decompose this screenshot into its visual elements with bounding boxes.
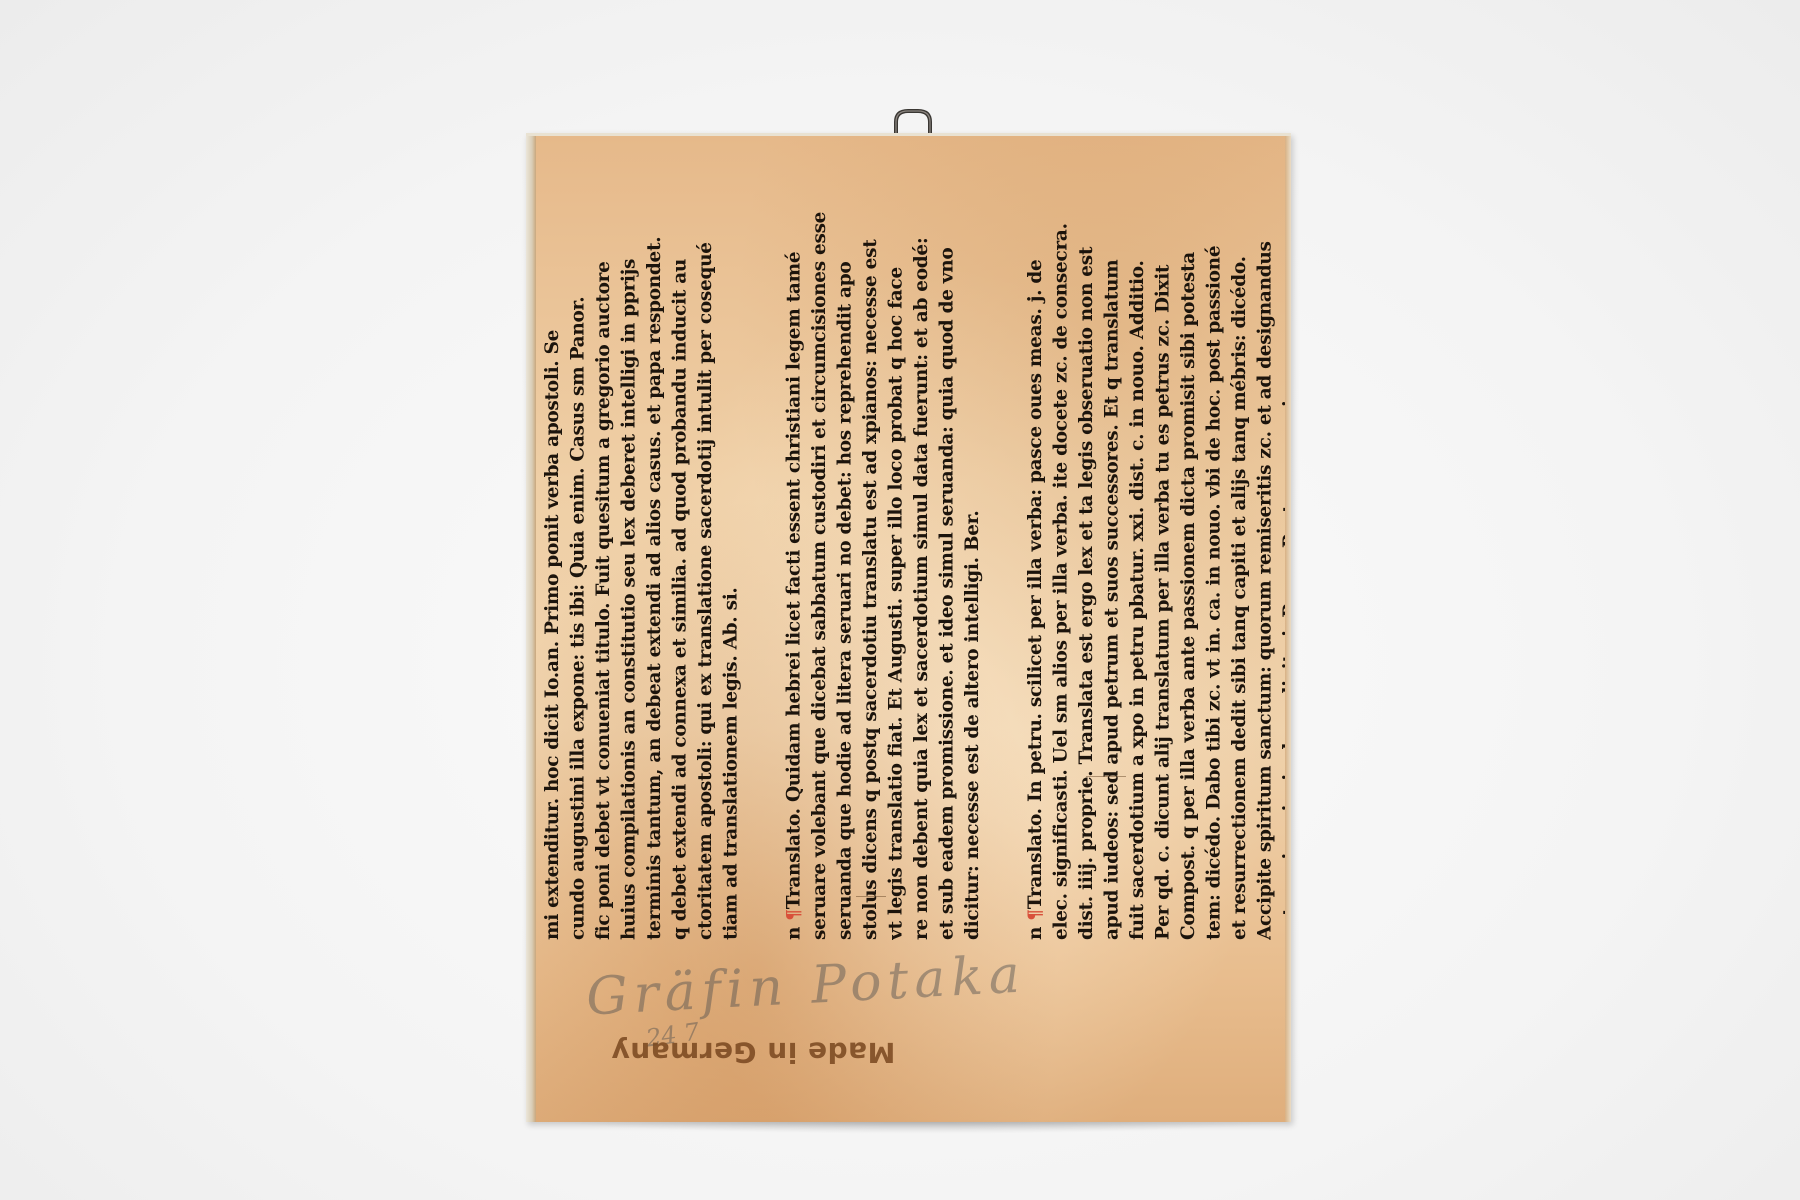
text-line: fic poni debet vt conueniat titulo. Fuit… xyxy=(591,144,617,940)
text-line: fuit sacerdotium a xpo in petru pbatur. … xyxy=(1125,144,1151,940)
paper-tear xyxy=(1086,776,1126,785)
text-line: et sub eadem promissione. et ideo simul … xyxy=(935,144,961,940)
text-line: n ¶Translato. In petru. scilicet per ill… xyxy=(1023,144,1049,940)
text-line: n ¶Translato. Quidam hebrei licet facti … xyxy=(782,144,808,940)
text-line: re non debent quia lex et sacerdotium si… xyxy=(909,144,935,940)
board-edge-left xyxy=(526,136,536,1122)
text-line: apud iudeos: sed apud petrum et suos suc… xyxy=(1100,144,1126,940)
text-line xyxy=(986,144,1012,940)
text-line: mi extenditur. hoc dicit Io.an. Primo po… xyxy=(540,144,566,940)
text-line: cundo augustini illa expone: tis ibi: Qu… xyxy=(566,144,592,940)
text-line: terminis tantum, an debeat extendi ad al… xyxy=(642,144,668,940)
text-line: ctoritatem apostoli: qui ex translatione… xyxy=(693,144,719,940)
paper-tear xyxy=(856,896,886,905)
rubric-paragraph-mark: ¶ xyxy=(784,909,805,920)
rubric-paragraph-mark: ¶ xyxy=(1025,909,1046,920)
picture-board-back: mi extenditur. hoc dicit Io.an. Primo po… xyxy=(526,133,1291,1122)
text-line: tem: dicédo. Dabo tibi zc. vt in. ca. in… xyxy=(1202,144,1228,940)
text-line: huius compilationis an constitutio seu l… xyxy=(617,144,643,940)
text-line: seruare volebant que dicebat sabbatum cu… xyxy=(807,144,833,940)
text-line xyxy=(744,144,770,940)
text-line: et resurrectionem dedit sibi tanq capiti… xyxy=(1227,144,1253,940)
text-line: petrum in principalem: dixit ei. Pasce. … xyxy=(1278,144,1285,940)
text-line: seruanda que hodie ad litera seruari no … xyxy=(833,144,859,940)
text-line: dist. iiij. proprie. Translata est ergo … xyxy=(1074,144,1100,940)
text-line: elec. significasti. Uel sm alios per ill… xyxy=(1049,144,1075,940)
text-line: Per qd. c. dicunt alij translatum per il… xyxy=(1151,144,1177,940)
text-line: dicitur: necesse est de altero intelligi… xyxy=(960,144,986,940)
text-line: stolus dicens q postq sacerdotiu transla… xyxy=(858,144,884,940)
board-edge-right xyxy=(1285,136,1291,1122)
text-line: vt legis translatio fiat. Et Augusti. su… xyxy=(884,144,910,940)
photo-scene: mi extenditur. hoc dicit Io.an. Primo po… xyxy=(0,0,1800,1200)
text-line: Accipite spiritum sanctum: quorum remise… xyxy=(1253,144,1279,940)
text-line: tiam ad translationem legis. Ab. si. xyxy=(719,144,745,940)
text-line: q debet extendi ad connexa et similia. a… xyxy=(668,144,694,940)
printed-latin-text: mi extenditur. hoc dicit Io.an. Primo po… xyxy=(540,144,1285,940)
pencil-inscription: Gräfin Potaka xyxy=(585,945,1027,1028)
made-in-germany-stamp: Made in Germany xyxy=(611,1036,895,1069)
text-line: Compost. q per illa verba ante passionem… xyxy=(1176,144,1202,940)
